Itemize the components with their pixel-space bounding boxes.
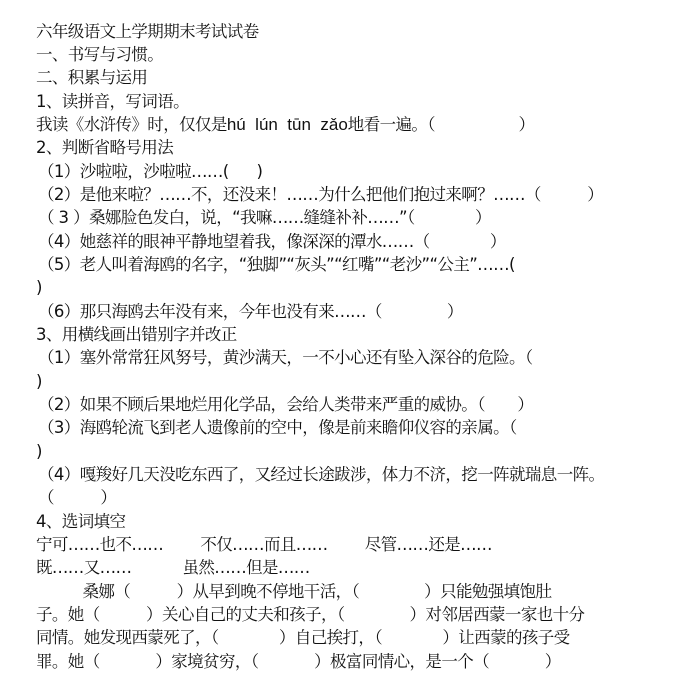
q3-item-continuation: ) (36, 370, 42, 393)
q2-item: （1）沙啦啦，沙啦啦……( ) (38, 160, 262, 183)
q4-passage-line: 同情。她发现西蒙死了，（ ）自己挨打，（ ）让西蒙的孩子受 (36, 626, 570, 649)
q4-options-row: 宁可……也不…… 不仅……而且…… 尽管……还是…… (36, 533, 492, 556)
q1-text-before: 我读《水浒传》时，仅仅是 (36, 115, 227, 134)
q4-passage-line: 桑娜（ ）从早到晚不停地干活，（ ）只能勉强填饱肚 (36, 580, 551, 603)
q4-options-row: 既……又…… 虽然……但是…… (36, 556, 310, 579)
q1-heading: 1、读拼音，写词语。 (36, 90, 189, 113)
q3-item: （2）如果不顾后果地烂用化学品，会给人类带来严重的威协。（ ） (38, 393, 533, 416)
q2-heading: 2、判断省略号用法 (36, 136, 173, 159)
q3-item-continuation: （ ） (38, 486, 116, 509)
q2-item: （ 3 ）桑娜脸色发白，说，“我嘛……缝缝补补……”（ ） (38, 206, 491, 229)
q2-item: （5）老人叫着海鸥的名字，“独脚”“灰头”“红嘴”“老沙”“公主”……( (38, 253, 515, 276)
q1-question: 我读《水浒传》时，仅仅是hú lún tūn zǎo地看一遍。（ ） (36, 113, 534, 136)
q3-item: （1）塞外常常狂风努号，黄沙满天，一不小心还有坠入深谷的危险。（ (38, 346, 533, 369)
q3-item: （4）嘎羧好几天没吃东西了，又经过长途跋涉，体力不济，挖一阵就瑞息一阵。 (38, 463, 604, 486)
q3-item: （3）海鸥轮流飞到老人遗像前的空中，像是前来瞻仰仪容的亲属。（ (38, 416, 517, 439)
q2-item-continuation: ) (36, 276, 42, 299)
document-title: 六年级语文上学期期末考试试卷 (36, 20, 259, 43)
q2-item: （2）是他来啦？……不，还没来！……为什么把他们抱过来啊？……（ ） (38, 183, 603, 206)
q2-item: （6）那只海鸥去年没有来，今年也没有来……（ ） (38, 300, 463, 323)
q4-passage-line: 罪。她（ ）家境贫穷，（ ）极富同情心，是一个（ ） (36, 650, 561, 673)
q2-item: （4）她慈祥的眼神平静地望着我，像深深的潭水……（ ） (38, 230, 506, 253)
section-writing-habits: 一、书写与习惯。 (36, 43, 163, 66)
q1-pinyin: hú lún tūn zǎo (227, 115, 348, 134)
q3-heading: 3、用横线画出错别字并改正 (36, 323, 237, 346)
q1-text-after: 地看一遍。（ ） (348, 115, 535, 134)
q3-item-continuation: ) (36, 440, 42, 463)
q4-heading: 4、选词填空 (36, 510, 125, 533)
q4-passage-line: 子。她（ ）关心自己的丈夫和孩子，（ ）对邻居西蒙一家也十分 (36, 603, 584, 626)
section-accumulation: 二、积累与运用 (36, 66, 147, 89)
